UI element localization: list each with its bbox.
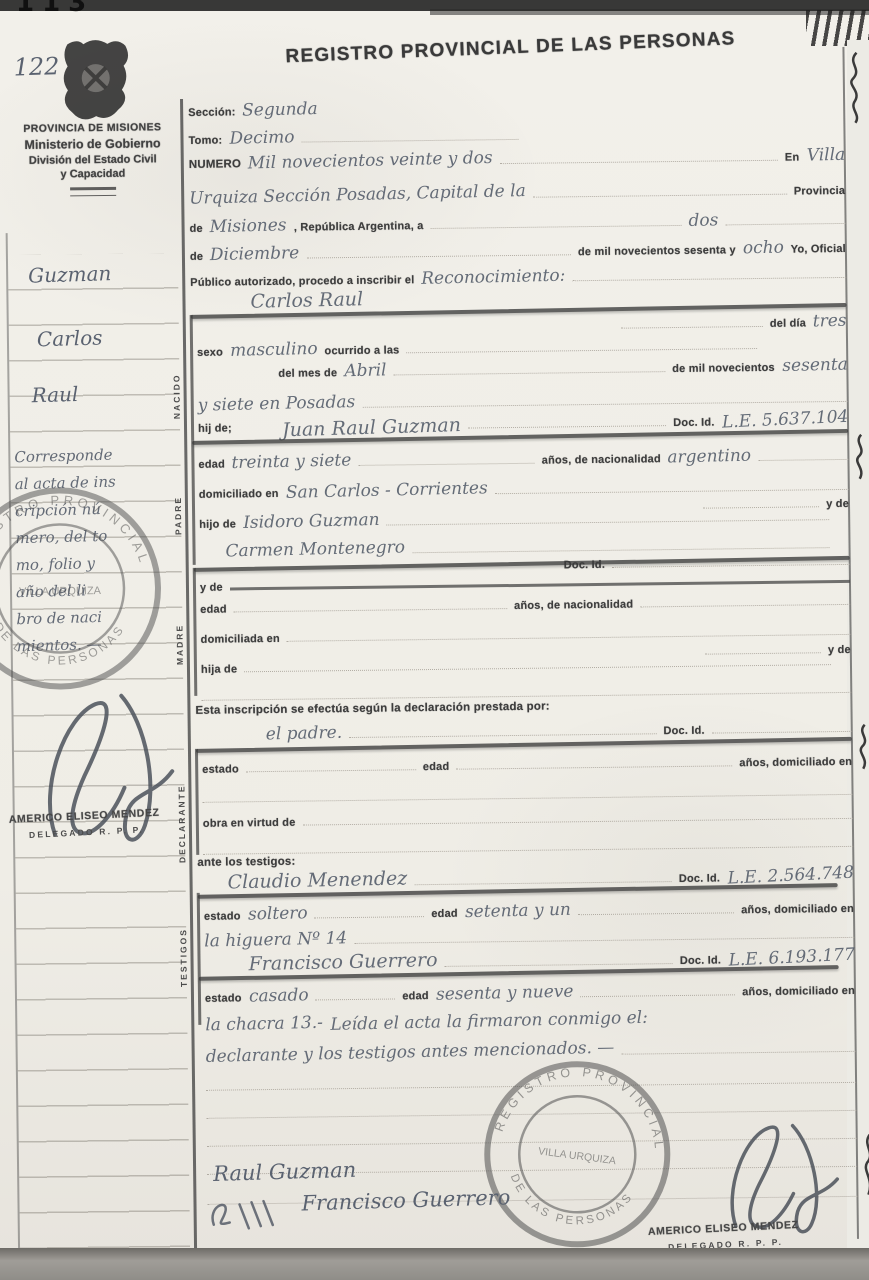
dotted-rule xyxy=(758,446,848,461)
testigo2-estado-label: estado xyxy=(205,992,242,1004)
obra-en-virtud-label: obra en virtud de xyxy=(203,817,296,830)
padre-nacionalidad-value: argentino xyxy=(668,446,752,468)
margin-surname: Guzman xyxy=(28,261,112,287)
dotted-rule xyxy=(494,476,848,494)
inscripto-name-value: Carlos Raul xyxy=(250,288,363,313)
declarante-estado-label: estado xyxy=(202,763,239,775)
testigo2-edad-value: sesenta y nueve xyxy=(436,982,574,1005)
dotted-rule xyxy=(712,718,852,734)
scanned-document-page: 113 122 REGISTRO PROVINCIAL DE LAS PERSO… xyxy=(0,0,869,1254)
tomo-value: Decimo xyxy=(229,127,294,148)
acta-cierre-linea1: Leída el acta la firmaron conmigo el: xyxy=(330,1008,648,1035)
padre-edad-value: treinta y siete xyxy=(232,450,352,473)
dotted-rule xyxy=(203,833,853,855)
sexo-label: sexo xyxy=(197,347,223,359)
declarante-value: el padre. xyxy=(266,723,343,745)
del-dia-value: tres xyxy=(813,311,847,332)
stamp-arc-top-text: REGISTRO PROVINCIAL xyxy=(491,1055,676,1155)
office-line-ministry: Ministerio de Gobierno xyxy=(6,136,178,152)
office-letterhead: PROVINCIA DE MISIONES Ministerio de Gobi… xyxy=(6,121,179,197)
declarante-domicilio-label: años, domiciliado en xyxy=(739,756,852,769)
dotted-rule xyxy=(359,450,535,466)
hijo-de-label: hij de; xyxy=(198,422,232,434)
day-value: dos xyxy=(688,210,718,231)
binding-mark xyxy=(853,435,868,484)
seccion-value: Segunda xyxy=(242,99,318,121)
dotted-rule xyxy=(315,985,395,1000)
anio2-lugar-value: y siete en Posadas xyxy=(198,392,356,416)
de-label: de xyxy=(190,223,203,235)
madre-hija-de-label: hija de xyxy=(201,663,237,675)
section-bracket-testigos xyxy=(197,893,202,1025)
letterhead-divider xyxy=(70,187,116,197)
dotted-rule xyxy=(580,981,735,997)
abuela-paterna-value: Carmen Montenegro xyxy=(225,537,405,561)
del-dia-label: del día xyxy=(770,317,806,329)
section-bracket-padre xyxy=(191,441,196,565)
acto-value: Reconocimiento: xyxy=(421,266,566,289)
round-ink-stamp-bottom: REGISTRO PROVINCIAL DE LAS PERSONAS VILL… xyxy=(467,1045,687,1254)
stamp-arc-bottom-text: DE LAS PERSONAS xyxy=(0,618,128,668)
registry-title: REGISTRO PROVINCIAL DE LAS PERSONAS xyxy=(285,27,756,68)
dotted-rule xyxy=(287,621,851,642)
section-label-testigos: TESTIGOS xyxy=(178,903,189,987)
dotted-rule xyxy=(533,181,787,198)
place-villa-value: Villa xyxy=(806,145,845,166)
dotted-rule xyxy=(640,591,850,608)
signature-raul-guzman: Raul Guzman xyxy=(213,1158,357,1186)
dotted-rule xyxy=(306,241,571,258)
dotted-rule xyxy=(572,264,846,281)
madre-edad-label: edad xyxy=(200,604,227,616)
declaracion-doc-id-label: Doc. Id. xyxy=(663,725,704,738)
provincia-value: Misiones xyxy=(210,215,287,237)
testigo1-estado-label: estado xyxy=(204,910,241,922)
testigo2-doc-id-label: Doc. Id. xyxy=(680,954,721,967)
section-bracket-nacido xyxy=(190,315,195,441)
binding-mark xyxy=(862,1135,869,1200)
dotted-rule xyxy=(430,212,681,229)
svg-text:REGISTRO PROVINCIAL: REGISTRO PROVINCIAL xyxy=(0,491,153,574)
madre-domicilio-label: domiciliada en xyxy=(201,633,280,646)
testigo1-domicilio-value: la higuera Nº 14 xyxy=(204,928,347,951)
place-line-value: Urquiza Sección Posadas, Capital de la xyxy=(189,181,526,209)
testigo1-edad-label: edad xyxy=(431,908,458,920)
office-line-capacity: y Capacidad xyxy=(7,167,179,181)
dotted-rule xyxy=(468,412,667,428)
madre-y-de-label: y de xyxy=(200,582,223,594)
section-label-nacido: NACIDO xyxy=(171,335,182,419)
office-line-division: División del Estado Civil xyxy=(7,153,179,167)
padre-hijo-de-label: hijo de xyxy=(199,518,236,530)
binding-mark xyxy=(857,725,869,774)
testigo1-doc-id-label: Doc. Id. xyxy=(679,873,720,886)
section-label-madre: MADRE xyxy=(174,601,185,665)
stamp-center-text: VILLA URQUIZA xyxy=(537,1145,616,1167)
dotted-rule xyxy=(386,506,829,525)
dotted-rule xyxy=(246,756,416,772)
tomo-label: Tomo: xyxy=(188,135,222,147)
declaracion-statement-label: Esta inscripción se efectúa según la dec… xyxy=(195,701,549,717)
dotted-rule xyxy=(354,924,854,944)
testigo1-domicilio-label: años, domiciliado en xyxy=(741,903,854,916)
dotted-rule xyxy=(302,805,852,826)
month-value: Diciembre xyxy=(210,243,300,265)
declarante-edad-label: edad xyxy=(423,761,450,773)
scan-edge-bottom xyxy=(0,1248,869,1280)
de2-label: de xyxy=(190,251,203,263)
doc-id-label: Doc. Id. xyxy=(673,417,714,430)
de-mil-label: de mil novecientos xyxy=(672,362,775,375)
dotted-rule xyxy=(202,781,852,803)
svg-text:DE LAS PERSONAS: DE LAS PERSONAS xyxy=(0,618,128,668)
testigo2-estado-value: casado xyxy=(248,985,308,1006)
office-line-province: PROVINCIA DE MISIONES xyxy=(6,121,178,135)
year-label: de mil novecientos sesenta y xyxy=(578,244,736,258)
svg-text:REGISTRO PROVINCIAL: REGISTRO PROVINCIAL xyxy=(491,1055,676,1155)
binding-mark xyxy=(847,53,864,128)
dotted-rule xyxy=(234,595,508,612)
stamp-center-text: VILLA URQUIZA xyxy=(19,585,102,598)
testigo2-nombre-value: Francisco Guerrero xyxy=(248,949,437,975)
dotted-rule xyxy=(456,752,732,769)
round-ink-stamp-margin: REGISTRO PROVINCIAL DE LAS PERSONAS VILL… xyxy=(0,481,167,701)
year-value: ocho xyxy=(743,237,784,258)
section-label-declarante: DECLARANTE xyxy=(176,755,187,863)
testigo1-estado-value: soltero xyxy=(247,903,307,924)
smudged-rule xyxy=(230,567,850,591)
numero-label: NUMERO xyxy=(189,158,241,171)
dotted-rule xyxy=(414,868,672,885)
section-bracket-madre xyxy=(193,568,198,696)
dotted-rule xyxy=(362,388,848,408)
testigo2-edad-label: edad xyxy=(402,990,429,1002)
margin-note-line: Corresponde xyxy=(14,440,175,471)
dotted-rule xyxy=(578,899,735,915)
testigo1-edad-value: setenta y un xyxy=(465,900,571,922)
dotted-rule xyxy=(244,651,831,672)
testigo1-nombre-value: Claudio Menendez xyxy=(227,867,407,893)
dotted-rule xyxy=(621,313,763,329)
mes-value: Abril xyxy=(344,360,387,381)
madre-y-de2-label: y de xyxy=(828,644,851,656)
ante-testigos-label: ante los testigos: xyxy=(197,856,295,869)
en-label: En xyxy=(785,151,800,163)
abuelo-paterno-value: Isidoro Guzman xyxy=(243,510,380,533)
dotted-rule xyxy=(349,720,656,738)
dotted-rule xyxy=(621,1038,856,1055)
dotted-rule xyxy=(393,358,665,375)
padre-domicilio-value: San Carlos - Corrientes xyxy=(285,478,487,503)
republica-label: , República Argentina, a xyxy=(294,220,424,234)
stamp-arc-top-text: REGISTRO PROVINCIAL xyxy=(0,491,153,574)
dotted-rule xyxy=(314,903,424,918)
witness-signature-scrawl xyxy=(205,1194,284,1240)
section-label-padre: PADRE xyxy=(173,471,184,535)
provincia-label: Provincia xyxy=(794,185,845,198)
coat-of-arms-emblem xyxy=(59,38,132,130)
yo-oficial-label: Yo, Oficial xyxy=(791,243,846,256)
dotted-rule xyxy=(725,210,845,225)
dotted-rule xyxy=(412,534,830,553)
folio-number-handwritten: 122 xyxy=(13,52,60,81)
dotted-rule xyxy=(500,147,778,164)
margin-given-name-2: Raul xyxy=(31,382,78,407)
dotted-rule xyxy=(301,126,518,143)
inscribir-label: Público autorizado, procedo a inscribir … xyxy=(190,274,414,289)
padre-domicilio-label: domiciliado en xyxy=(199,488,279,501)
numero-value: Mil novecientos veinte y dos xyxy=(248,148,493,174)
section-bracket-declarante xyxy=(195,749,199,855)
del-mes-label: del mes de xyxy=(278,367,337,380)
anio1-value: sesenta xyxy=(782,355,848,376)
madre-nacionalidad-label: años, de nacionalidad xyxy=(514,599,633,612)
margin-given-name-1: Carlos xyxy=(37,325,103,351)
padre-edad-label: edad xyxy=(198,459,225,471)
testigo2-domicilio-label: años, domiciliado en xyxy=(742,985,855,998)
dotted-rule xyxy=(444,950,672,967)
seccion-label: Sección: xyxy=(188,106,236,119)
testigo2-domicilio-value: la chacra 13.- xyxy=(205,1013,323,1036)
padre-y-de-label: y de xyxy=(826,498,849,510)
padre-nacionalidad-label: años, de nacionalidad xyxy=(542,453,661,466)
